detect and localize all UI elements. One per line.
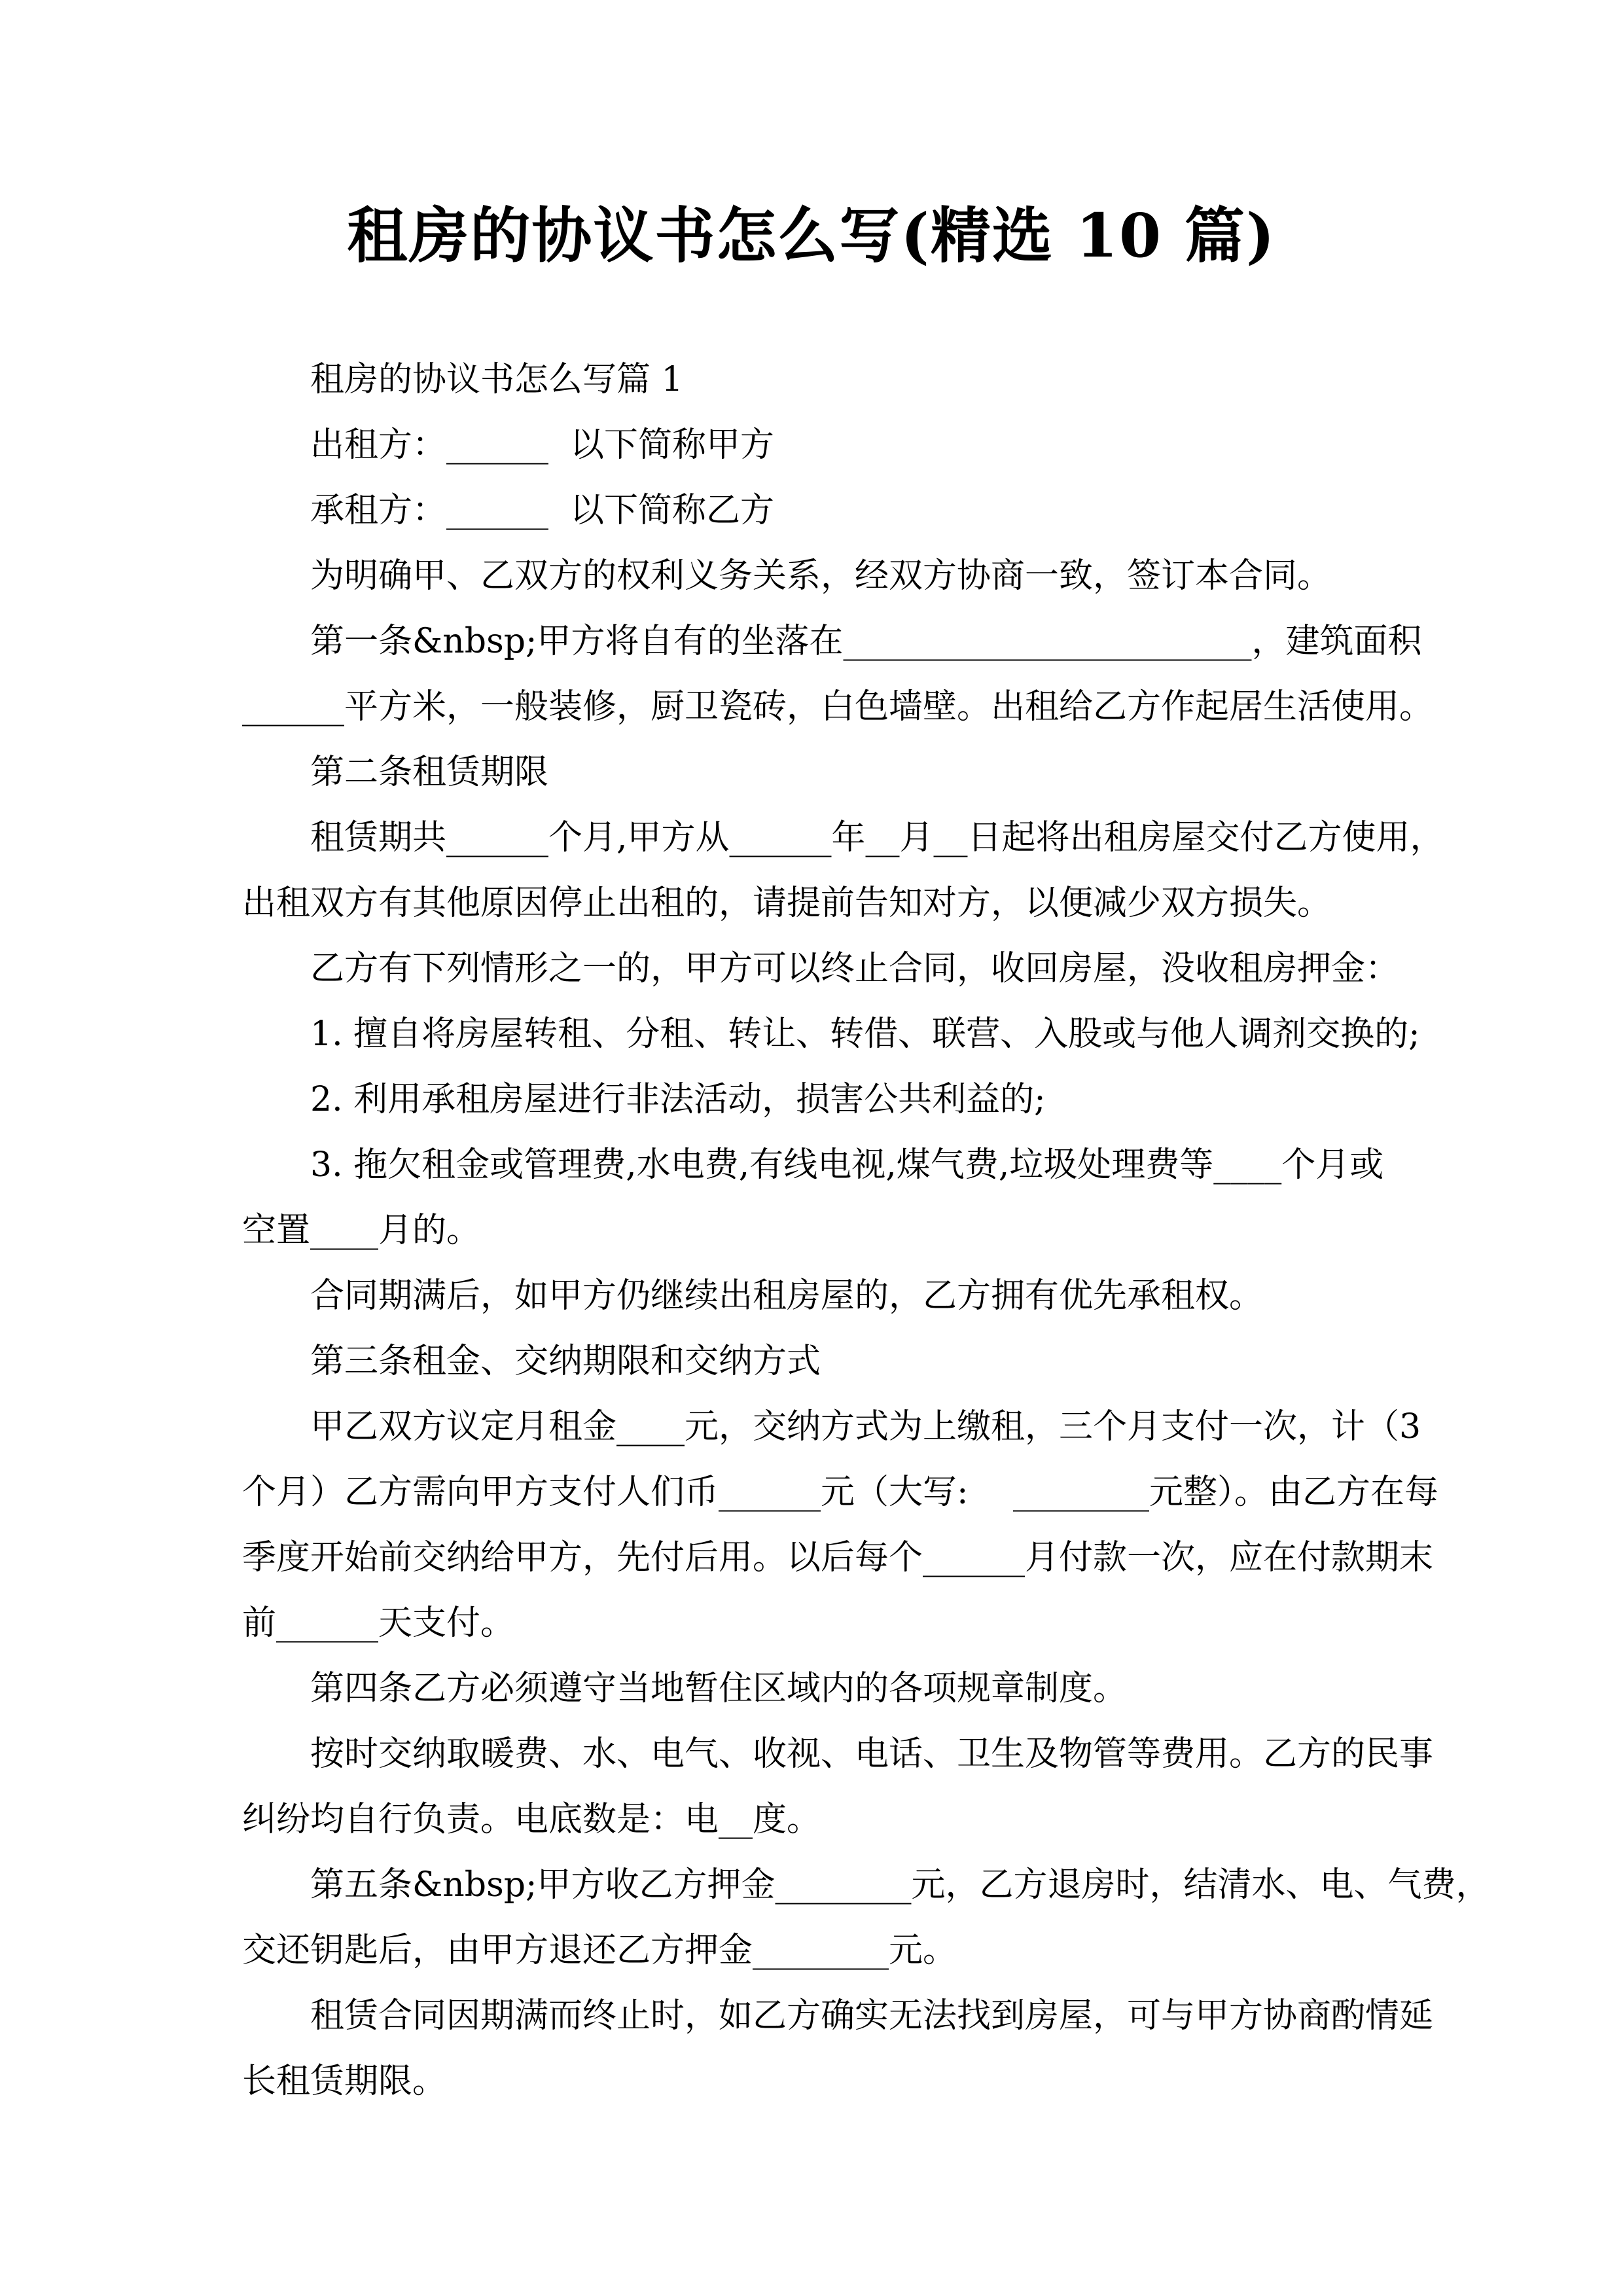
document-line: 交还钥匙后，由甲方退还乙方押金________元。 (242, 1918, 1381, 1983)
document-line: 合同期满后，如甲方仍继续出租房屋的，乙方拥有优先承租权。 (242, 1263, 1381, 1329)
document-line: 纠纷均自行负责。电底数是：电__度。 (242, 1787, 1381, 1852)
document-title: 租房的协议书怎么写(精选 10 篇) (0, 193, 1623, 278)
document-page: 租房的协议书怎么写(精选 10 篇) 租房的协议书怎么写篇 1出租方：_____… (0, 0, 1623, 2296)
document-line: 第四条乙方必须遵守当地暂住区域内的各项规章制度。 (242, 1656, 1381, 1721)
document-line: 季度开始前交纳给甲方，先付后用。以后每个______月付款一次，应在付款期末 (242, 1525, 1381, 1590)
document-line: 为明确甲、乙双方的权利义务关系，经双方协商一致，签订本合同。 (242, 543, 1381, 609)
document-line: 前______天支付。 (242, 1590, 1381, 1656)
document-body: 租房的协议书怎么写篇 1出租方：______ 以下简称甲方承租方：______ … (242, 347, 1381, 2114)
document-line: 出租双方有其他原因停止出租的，请提前告知对方，以便减少双方损失。 (242, 870, 1381, 936)
document-line: 租赁合同因期满而终止时，如乙方确实无法找到房屋，可与甲方协商酌情延 (242, 1983, 1381, 2049)
document-line: 按时交纳取暖费、水、电气、收视、电话、卫生及物管等费用。乙方的民事 (242, 1721, 1381, 1787)
document-line: 出租方：______ 以下简称甲方 (242, 412, 1381, 478)
document-line: 1. 擅自将房屋转租、分租、转让、转借、联营、入股或与他人调剂交换的; (242, 1001, 1381, 1067)
document-line: 第三条租金、交纳期限和交纳方式 (242, 1329, 1381, 1394)
document-line: 租赁期共______个月,甲方从______年__月__日起将出租房屋交付乙方使… (242, 805, 1381, 870)
document-line: 第二条租赁期限 (242, 740, 1381, 805)
document-line: 承租方：______ 以下简称乙方 (242, 478, 1381, 543)
document-line: 2. 利用承租房屋进行非法活动，损害公共利益的; (242, 1067, 1381, 1132)
document-line: 空置____月的。 (242, 1198, 1381, 1263)
document-line: 甲乙双方议定月租金____元，交纳方式为上缴租，三个月支付一次，计（3 (242, 1394, 1381, 1460)
document-line: 第五条&nbsp;甲方收乙方押金________元，乙方退房时，结清水、电、气费… (242, 1852, 1381, 1918)
document-line: 长租赁期限。 (242, 2049, 1381, 2114)
document-line: 乙方有下列情形之一的，甲方可以终止合同，收回房屋，没收租房押金： (242, 936, 1381, 1001)
document-line: 3. 拖欠租金或管理费,水电费,有线电视,煤气费,垃圾处理费等____个月或 (242, 1132, 1381, 1198)
document-line: ______平方米，一般装修，厨卫瓷砖，白色墙壁。出租给乙方作起居生活使用。 (242, 674, 1381, 740)
document-line: 第一条&nbsp;甲方将自有的坐落在______________________… (242, 609, 1381, 674)
document-line: 个月）乙方需向甲方支付人们币______元（大写: ________元整）。由乙… (242, 1460, 1381, 1525)
document-line: 租房的协议书怎么写篇 1 (242, 347, 1381, 412)
